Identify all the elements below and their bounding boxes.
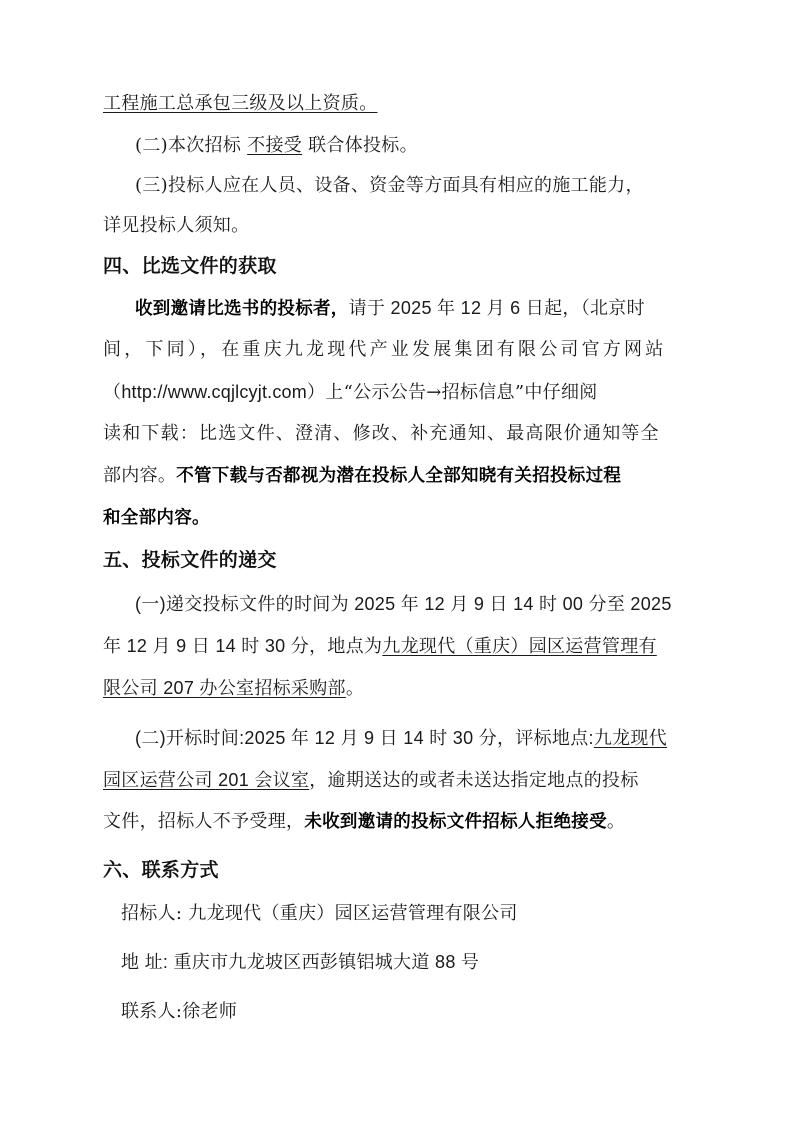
late-submission-text: ，逾期送达的或者未送达指定地点的投标 (309, 770, 638, 790)
section-6-heading: 六、联系方式 (103, 858, 219, 882)
opening-time-text: (二)开标时间:2025 年 12 月 9 日 14 时 30 分，评标地点: (135, 728, 594, 748)
opening-time-line-2: 园区运营公司 201 会议室，逾期送达的或者未送达指定地点的投标 (103, 768, 639, 792)
capability-line-2: 详见投标人须知。 (103, 214, 249, 238)
tenderer-line: 招标人: 九龙现代（重庆）园区运营管理有限公司 (121, 902, 518, 926)
period: 。 (607, 811, 625, 832)
capability-text: (三)投标人应在人员、设备、资金等方面具有相应的施工能力， (135, 175, 644, 196)
section-4-heading: 四、比选文件的获取 (103, 254, 277, 278)
period: 。 (346, 678, 364, 698)
submission-location: 九龙现代（重庆）园区运营管理有 (382, 636, 657, 656)
section-4-para-line-5: 部内容。不管下载与否都视为潜在投标人全部知晓有关招投标过程 (103, 464, 621, 488)
section-4-para-line-2: 间，下同），在重庆九龙现代产业发展集团有限公司官方网站 (103, 338, 666, 362)
qualification-line: 工程施工总承包三级及以上资质。 (103, 92, 378, 116)
reject-uninvited-bold: 未收到邀请的投标文件招标人拒绝接受 (304, 812, 607, 832)
submission-time-line-1: (一)递交投标文件的时间为 2025 年 12 月 9 日 14 时 00 分至… (135, 592, 672, 616)
content-text: 部内容。 (103, 465, 176, 486)
section-4-para-line-4: 读和下载：比选文件、澄清、修改、补充通知、最高限价通知等全 (103, 422, 660, 446)
opening-time-line-1: (二)开标时间:2025 年 12 月 9 日 14 时 30 分，评标地点:九… (135, 726, 667, 750)
section-4-para-line-1: 收到邀请比选书的投标者，请于 2025 年 12 月 6 日起，（北京时 (135, 296, 645, 321)
invited-bidders-bold: 收到邀请比选书的投标者， (135, 299, 349, 319)
submission-time-text: 年 12 月 9 日 14 时 30 分，地点为 (103, 636, 382, 656)
section-5-heading: 五、投标文件的递交 (103, 548, 277, 572)
deemed-aware-bold: 不管下载与否都视为潜在投标人全部知晓有关招投标过程 (176, 466, 621, 486)
consortium-prefix: (二)本次招标 (135, 135, 247, 156)
paren-open: （ (103, 382, 121, 403)
see-instructions-text: 详见投标人须知。 (103, 215, 249, 236)
section-4-para-line-3: （http://www.cqjlcyjt.com）上“公示公告→招标信息”中仔细… (103, 380, 598, 405)
evaluation-location-part-2: 园区运营公司 201 会议室 (103, 770, 309, 790)
qualification-text: 工程施工总承包三级及以上资质。 (103, 93, 378, 114)
all-content-bold: 和全部内容。 (103, 508, 210, 528)
submission-time-line-2: 年 12 月 9 日 14 时 30 分，地点为九龙现代（重庆）园区运营管理有 (103, 634, 657, 658)
consortium-suffix: 联合体投标。 (302, 135, 418, 156)
start-date-text: 请于 2025 年 12 月 6 日起，（北京时 (349, 298, 645, 318)
opening-time-line-3: 文件，招标人不予受理，未收到邀请的投标文件招标人拒绝接受。 (103, 810, 625, 834)
address-line: 地 址: 重庆市九龙坡区西彭镇铝城大道 88 号 (121, 950, 479, 974)
capability-line: (三)投标人应在人员、设备、资金等方面具有相应的施工能力， (135, 174, 644, 198)
submission-office: 限公司 207 办公室招标采购部 (103, 678, 346, 698)
not-accepted-text: 文件，招标人不予受理， (103, 811, 304, 832)
consortium-not-accepted: 不接受 (247, 135, 302, 156)
contact-person-line: 联系人:徐老师 (121, 1000, 237, 1024)
consortium-line: (二)本次招标 不接受 联合体投标。 (135, 134, 418, 158)
submission-time-line-3: 限公司 207 办公室招标采购部。 (103, 676, 364, 700)
website-url[interactable]: http://www.cqjlcyjt.com (121, 382, 307, 402)
section-4-para-line-6: 和全部内容。 (103, 506, 210, 530)
evaluation-location-part-1: 九龙现代 (594, 728, 667, 748)
notice-path-text: ）上“公示公告→招标信息”中仔细阅 (307, 382, 598, 403)
